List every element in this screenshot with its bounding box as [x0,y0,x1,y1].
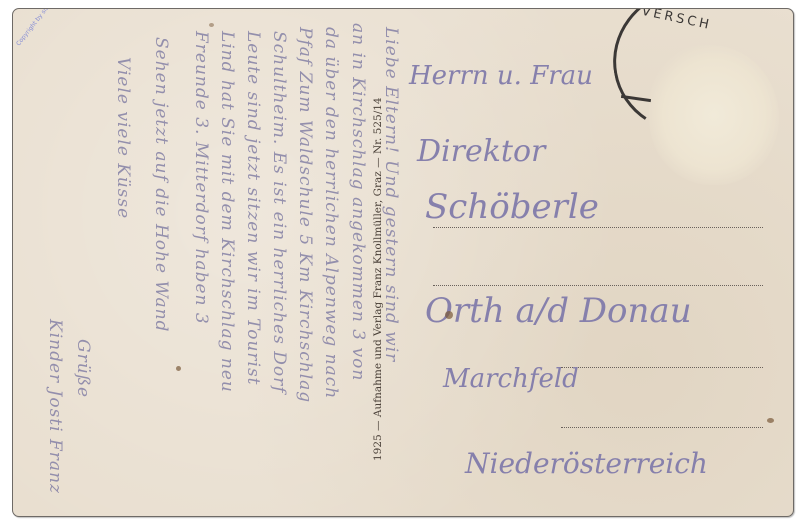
address-line-3 [561,367,763,368]
address-line-1 [433,227,763,228]
address-place: Orth a/d Donau [425,291,692,331]
postcard-back: Copyright by sitemark Liebe Eltern! Und … [12,8,794,517]
message-line: an in Kirchschlag angekommen 3 von [348,23,368,381]
message-line: Schultheim. Es ist ein herrliches Dorf [269,31,289,394]
address-region: Marchfeld [443,364,579,394]
message-signature: Kinder Josti Franz [45,319,65,494]
message-line: Leute sind jetzt sitzen wir im Tourist [243,31,263,386]
address-line-4 [561,427,763,428]
message-line: Lind hat Sie mit dem Kirchschlag neu [217,31,237,393]
message-line: Pfaf Zum Waldschule 5 Km Kirchschlag [295,27,315,403]
address-salutation: Herrn u. Frau [409,61,593,91]
message-line: Viele viele Küsse [113,57,133,219]
message-line: Sehen jetzt auf die Hohe Wand [151,37,171,332]
stain [209,23,214,27]
address-line-2 [433,285,763,286]
message-line: Freunde 3. Mitterdorf haben 3 [191,31,211,325]
copyright-watermark: Copyright by sitemark [15,8,62,47]
message-line: da über den herrlichen Alpenweg nach [321,27,341,399]
address-name: Schöberle [425,187,599,227]
stain [176,366,181,371]
stain [445,311,453,319]
message-line: Liebe Eltern! Und gestern sind wir [381,27,401,362]
publisher-imprint: 1925 — Aufnahme und Verlag Franz Knollmü… [372,31,384,461]
address-title: Direktor [417,134,545,169]
message-signature-greeting: Grüße [73,339,93,398]
stain [767,418,774,423]
address-country: Niederösterreich [465,447,708,480]
